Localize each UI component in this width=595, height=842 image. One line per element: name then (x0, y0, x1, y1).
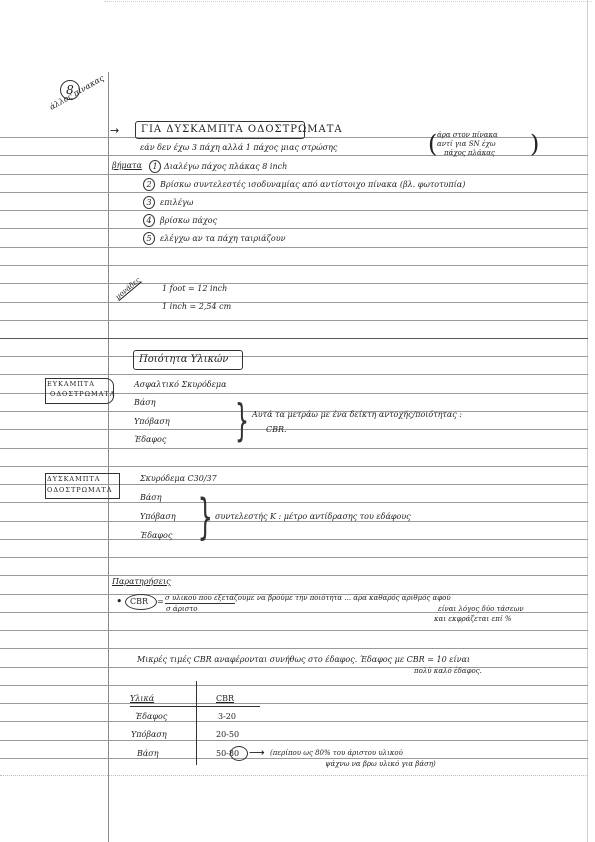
step-number: 5 (143, 232, 155, 245)
ruled-line (0, 429, 588, 430)
ruled-line (0, 192, 588, 193)
ruled-line (0, 210, 588, 211)
rigid-tag: ΔΥΣΚΑΜΠΤΑ (47, 475, 100, 483)
section1-intro: εάν δεν έχω 3 πάχη αλλά 1 πάχος μιας στρ… (140, 143, 337, 152)
table-header: Υλικά (130, 694, 154, 703)
table-cell-material: Έδαφος (135, 712, 167, 721)
units-line: 1 foot = 12 inch (162, 284, 227, 293)
ruled-line (0, 630, 588, 631)
flexible-tag: ΟΔΟΣΤΡΩΜΑΤΑ (50, 390, 115, 398)
layer-label: Υπόβαση (134, 417, 170, 426)
flexible-note: CBR. (266, 425, 287, 434)
table-divider (196, 681, 197, 765)
step-text: Διαλέγω πάχος πλάκας 8 inch (164, 162, 287, 171)
cbr-definition-bottom: σ άριστο (166, 605, 197, 613)
notebook-page: 8 άλλος πίνακας → ΓΙΑ ΔΥΣΚΑΜΠΤΑ ΟΔΟΣΤΡΩΜ… (0, 0, 595, 842)
remarks-title: Παρατηρήσεις (112, 577, 171, 586)
flexible-tag: ΕΥΚΑΜΠΤΑ (47, 380, 95, 388)
layer-label: Βάση (140, 493, 162, 502)
ruled-line (0, 356, 588, 357)
page-right-edge (587, 0, 588, 842)
arrow-icon: ⟶ (249, 746, 265, 759)
ruled-line (0, 302, 588, 303)
layer-label: Υπόβαση (140, 512, 176, 521)
ruled-line (0, 557, 588, 558)
cbr-side-note: είναι λόγος δύο τάσεων (438, 605, 524, 613)
section-divider (0, 338, 588, 339)
ruled-line (0, 374, 588, 375)
step-number: 1 (149, 160, 161, 173)
step-number: 2 (143, 178, 155, 191)
ruled-line (0, 320, 588, 321)
ruled-line (0, 740, 588, 741)
ruled-line (0, 448, 588, 449)
cbr-label: CBR (130, 597, 148, 606)
rigid-tag: ΟΔΟΣΤΡΩΜΑΤΑ (47, 486, 112, 494)
ruled-line (0, 758, 588, 759)
rigid-note: συντελεστής K : μέτρο αντίδρασης του εδά… (215, 512, 411, 521)
ruled-line (0, 521, 588, 522)
equals-sign: = (157, 597, 164, 606)
arrow-icon: → (110, 124, 119, 137)
ruled-line (0, 685, 588, 686)
step-text: βρίσκω πάχος (160, 216, 217, 225)
table-header: CBR (216, 694, 234, 703)
ruled-line (0, 502, 588, 503)
table-cell-cbr: 3-20 (218, 712, 236, 721)
ruled-line (0, 775, 588, 776)
section2-title: Ποιότητα Υλικών (139, 354, 228, 366)
table-header-line (130, 706, 260, 707)
side-note-line: άρα στον πίνακα (437, 131, 498, 139)
fraction-bar (165, 603, 235, 604)
ruled-line (0, 283, 588, 284)
ruled-line (0, 539, 588, 540)
units-line: 1 inch = 2,54 cm (162, 302, 231, 311)
layer-label: Βάση (134, 398, 156, 407)
ruled-line (0, 247, 588, 248)
side-note-line: πάχος πλάκας (444, 149, 495, 157)
cbr-side-note: και εκφράζεται επί % (434, 615, 511, 623)
table-cell-material: Υπόβαση (131, 730, 167, 739)
ruled-line (0, 648, 588, 649)
step-number: 4 (143, 214, 155, 227)
step-number: 3 (143, 196, 155, 209)
low-cbr-note: Μικρές τιμές CBR αναφέρονται συνήθως στο… (137, 655, 470, 664)
ruled-line (0, 228, 588, 229)
table-cell-cbr: 20-50 (216, 730, 239, 739)
ruled-line (0, 174, 588, 175)
table-cell-material: Βάση (137, 749, 159, 758)
cbr-definition-top: σ υλικού που εξετάζουμε να βρούμε την πο… (165, 594, 451, 602)
margin-line (108, 72, 109, 842)
ruled-line (0, 155, 588, 156)
paren-close: ) (530, 131, 539, 157)
ruled-line (0, 667, 588, 668)
side-note-line: αντί για SN έχω (437, 140, 496, 148)
units-label: μονάδες (114, 276, 142, 301)
ruled-line (0, 703, 588, 704)
section1-title: ΓΙΑ ΔΥΣΚΑΜΠΤΑ ΟΔΟΣΤΡΩΜΑΤΑ (141, 124, 343, 136)
bullet: • (116, 596, 123, 608)
layer-label: Σκυρόδεμα C30/37 (140, 474, 217, 483)
ruled-line (0, 265, 588, 266)
paren-open: ( (428, 131, 437, 157)
brace-icon: } (235, 396, 249, 446)
step-text: επιλέγω (160, 198, 193, 207)
top-edge (104, 1, 592, 2)
layer-label: Ασφαλτικό Σκυρόδεμα (134, 380, 226, 389)
layer-label: Έδαφος (134, 435, 166, 444)
flexible-note: Αυτά τα μετράω με ένα δείκτη αντοχής/ποι… (252, 410, 462, 419)
value-circle (230, 746, 248, 761)
margin-note: άλλος πίνακας (48, 73, 105, 111)
step-text: ελέγχω αν τα πάχη ταιριάζουν (160, 234, 285, 243)
ruled-line (0, 575, 588, 576)
ruled-line (0, 466, 588, 467)
table-note: (περίπου ως 80% του άριστου υλικού (270, 749, 403, 757)
layer-label: Έδαφος (140, 531, 172, 540)
steps-label: βήματα (112, 161, 142, 170)
low-cbr-note: πολύ καλό έδαφος. (414, 667, 482, 675)
brace-icon: } (198, 490, 213, 544)
ruled-line (0, 721, 588, 722)
step-text: Βρίσκω συντελεστές ισοδυναμίας από αντίσ… (160, 180, 465, 189)
table-note: ψάχνω να βρω υλικό για βάση) (325, 760, 436, 768)
